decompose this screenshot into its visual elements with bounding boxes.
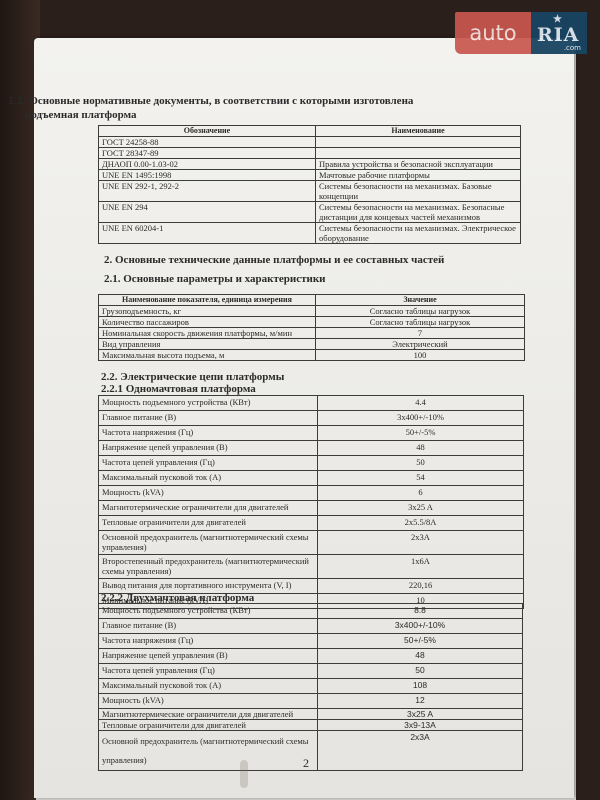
table-row: Частота цепей управления (Гц)50: [99, 664, 523, 679]
table-row: Основной предохранитель (магнитнотермиче…: [99, 531, 524, 555]
row-value: 50+/-5%: [318, 634, 523, 649]
table-row: UNE EN 292-1, 292-2Системы безопасности …: [99, 181, 521, 202]
table-row: Мощность подъемного устройства (КВт)8.8: [99, 604, 523, 619]
table-row: Главное питание (В)3x400+/-10%: [99, 411, 524, 426]
row-label: Количество пассажиров: [99, 317, 316, 328]
table-row: Мощность подъемного устройства (КВт)4.4: [99, 396, 524, 411]
column-header: Обозначение: [99, 126, 316, 137]
column-header: Значение: [316, 295, 525, 306]
row-label: Мощность (kVA): [99, 694, 318, 709]
table-row: Главное питание (В)3x400+/-10%: [99, 619, 523, 634]
double-mast-electrical-table: Мощность подъемного устройства (КВт)8.8Г…: [98, 603, 523, 771]
section-2-heading: 2. Основные технические данные платформы…: [104, 254, 444, 266]
page-number: 2: [303, 756, 309, 771]
row-value: Системы безопасности на механизмах. Безо…: [316, 202, 521, 223]
row-value: 48: [318, 649, 523, 664]
single-mast-electrical-table: Мощность подъемного устройства (КВт)4.4Г…: [98, 395, 524, 609]
section-1-1-heading: 1.1.Основные нормативные документы, в со…: [8, 94, 428, 122]
row-value: 108: [318, 679, 523, 694]
section-title-line2: подъемная платформа: [8, 108, 428, 122]
row-label: Напряжение цепей управления (В): [99, 441, 318, 456]
row-label: Тепловые ограничители для двигателей: [99, 720, 318, 731]
logo-auto-part: auto: [455, 12, 531, 54]
row-value: Согласно таблицы нагрузок: [316, 306, 525, 317]
row-value: 3x25 A: [318, 501, 524, 516]
row-label: Мощность подъемного устройства (КВт): [99, 604, 318, 619]
table-row: Частота цепей управления (Гц)50: [99, 456, 524, 471]
row-label: ДНАОП 0.00-1.03-02: [99, 159, 316, 170]
row-value: [316, 137, 521, 148]
row-value: 3x9-13A: [318, 720, 523, 731]
row-value: Мачтовые рабочие платформы: [316, 170, 521, 181]
row-label: Магнитнотермические ограничители для дви…: [99, 709, 318, 720]
row-value: 50: [318, 664, 523, 679]
paper-smudge: [240, 760, 248, 788]
row-label: Номинальная скорость движения платформы,…: [99, 328, 316, 339]
table-row: Мощность (kVA)12: [99, 694, 523, 709]
table-row: UNE EN 1495:1998Мачтовые рабочие платфор…: [99, 170, 521, 181]
row-value: 3x25 A: [318, 709, 523, 720]
section-2-2-heading: 2.2. Электрические цепи платформы 2.2.1 …: [101, 371, 284, 395]
row-value: Системы безопасности на механизмах. Базо…: [316, 181, 521, 202]
table-row: Грузоподъемность, кгСогласно таблицы наг…: [99, 306, 525, 317]
row-value: 220,16: [318, 579, 524, 594]
table-row: ГОСТ 24258-88: [99, 137, 521, 148]
row-label: Главное питание (В): [99, 619, 318, 634]
section-2-2-1-title: 2.2.1 Одномачтовая платформа: [101, 383, 284, 395]
table-row: ГОСТ 28347-89: [99, 148, 521, 159]
logo-ria-part: ★ RIA .com: [531, 12, 587, 54]
column-header: Наименование: [316, 126, 521, 137]
table-row: ДНАОП 0.00-1.03-02Правила устройства и б…: [99, 159, 521, 170]
row-value: Согласно таблицы нагрузок: [316, 317, 525, 328]
row-value: 54: [318, 471, 524, 486]
row-value: 4.4: [318, 396, 524, 411]
table-row: Тепловые ограничители для двигателей2x5.…: [99, 516, 524, 531]
row-label: Основной предохранитель (магнитнотермиче…: [99, 731, 318, 771]
table-row: Максимальная высота подъема, м100: [99, 350, 525, 361]
row-label: UNE EN 294: [99, 202, 316, 223]
row-label: Максимальная высота подъема, м: [99, 350, 316, 361]
table-row: Вид управленияЭлектрический: [99, 339, 525, 350]
table-row: Номинальная скорость движения платформы,…: [99, 328, 525, 339]
column-header: Наименование показателя, единица измерен…: [99, 295, 316, 306]
row-value: 6: [318, 486, 524, 501]
row-label: Магнитотермические ограничители для двиг…: [99, 501, 318, 516]
row-label: Мощность (kVA): [99, 486, 318, 501]
row-value: [316, 148, 521, 159]
table-row: Основной предохранитель (магнитнотермиче…: [99, 731, 523, 771]
row-label: Второстепенный предохранитель (магнитнот…: [99, 555, 318, 579]
row-value: 3x400+/-10%: [318, 411, 524, 426]
row-value: 2x3A: [318, 531, 524, 555]
table-row: Мощность (kVA)6: [99, 486, 524, 501]
row-label: Мощность подъемного устройства (КВт): [99, 396, 318, 411]
row-value: 100: [316, 350, 525, 361]
row-label: UNE EN 292-1, 292-2: [99, 181, 316, 202]
row-label: Основной предохранитель (магнитнотермиче…: [99, 531, 318, 555]
table-row: Максимальный пусковой ток (А)54: [99, 471, 524, 486]
row-label: Частота цепей управления (Гц): [99, 664, 318, 679]
section-number: 1.1.: [8, 95, 26, 107]
normative-documents-table: Обозначение Наименование ГОСТ 24258-88ГО…: [98, 125, 521, 244]
table-row: Частота напряжения (Гц)50+/-5%: [99, 426, 524, 441]
row-value: Электрический: [316, 339, 525, 350]
logo-com-text: .com: [564, 44, 581, 52]
row-label: Грузоподъемность, кг: [99, 306, 316, 317]
row-value: 7: [316, 328, 525, 339]
row-label: Напряжение цепей управления (В): [99, 649, 318, 664]
section-2-1-heading: 2.1. Основные параметры и характеристики: [104, 273, 326, 285]
row-label: Максимальный пусковой ток (А): [99, 471, 318, 486]
row-value: 2x5.5/8A: [318, 516, 524, 531]
table-row: UNE EN 60204-1Системы безопасности на ме…: [99, 223, 521, 244]
row-value: 48: [318, 441, 524, 456]
table-row: Второстепенный предохранитель (магнитнот…: [99, 555, 524, 579]
row-value: 8.8: [318, 604, 523, 619]
row-value: Правила устройства и безопасной эксплуат…: [316, 159, 521, 170]
table-row: Количество пассажировСогласно таблицы на…: [99, 317, 525, 328]
row-label: Частота цепей управления (Гц): [99, 456, 318, 471]
logo-ria-text: RIA: [537, 24, 579, 46]
table-row: Тепловые ограничители для двигателей3x9-…: [99, 720, 523, 731]
row-label: Главное питание (В): [99, 411, 318, 426]
table-row: Максимальный пусковой ток (А)108: [99, 679, 523, 694]
table-row: Напряжение цепей управления (В)48: [99, 649, 523, 664]
table-row: Частота напряжения (Гц)50+/-5%: [99, 634, 523, 649]
table-row: Магнитотермические ограничители для двиг…: [99, 501, 524, 516]
table-row: Напряжение цепей управления (В)48: [99, 441, 524, 456]
section-2-2-title: 2.2. Электрические цепи платформы: [101, 371, 284, 383]
row-value: 1x6A: [318, 555, 524, 579]
row-value: Системы безопасности на механизмах. Элек…: [316, 223, 521, 244]
row-value: 2x3A: [318, 731, 523, 771]
row-label: Вид управления: [99, 339, 316, 350]
row-label: Максимальный пусковой ток (А): [99, 679, 318, 694]
main-parameters-table: Наименование показателя, единица измерен…: [98, 294, 525, 361]
row-label: ГОСТ 24258-88: [99, 137, 316, 148]
table-row: Магнитнотермические ограничители для дви…: [99, 709, 523, 720]
row-value: 12: [318, 694, 523, 709]
section-title-line1: Основные нормативные документы, в соотве…: [29, 95, 413, 107]
row-label: Частота напряжения (Гц): [99, 634, 318, 649]
autoria-watermark-logo: auto ★ RIA .com: [455, 12, 587, 54]
row-value: 3x400+/-10%: [318, 619, 523, 634]
row-value: 50+/-5%: [318, 426, 524, 441]
row-label: ГОСТ 28347-89: [99, 148, 316, 159]
row-value: 50: [318, 456, 524, 471]
row-label: Тепловые ограничители для двигателей: [99, 516, 318, 531]
row-label: UNE EN 1495:1998: [99, 170, 316, 181]
row-label: Частота напряжения (Гц): [99, 426, 318, 441]
table-row: UNE EN 294Системы безопасности на механи…: [99, 202, 521, 223]
row-label: UNE EN 60204-1: [99, 223, 316, 244]
